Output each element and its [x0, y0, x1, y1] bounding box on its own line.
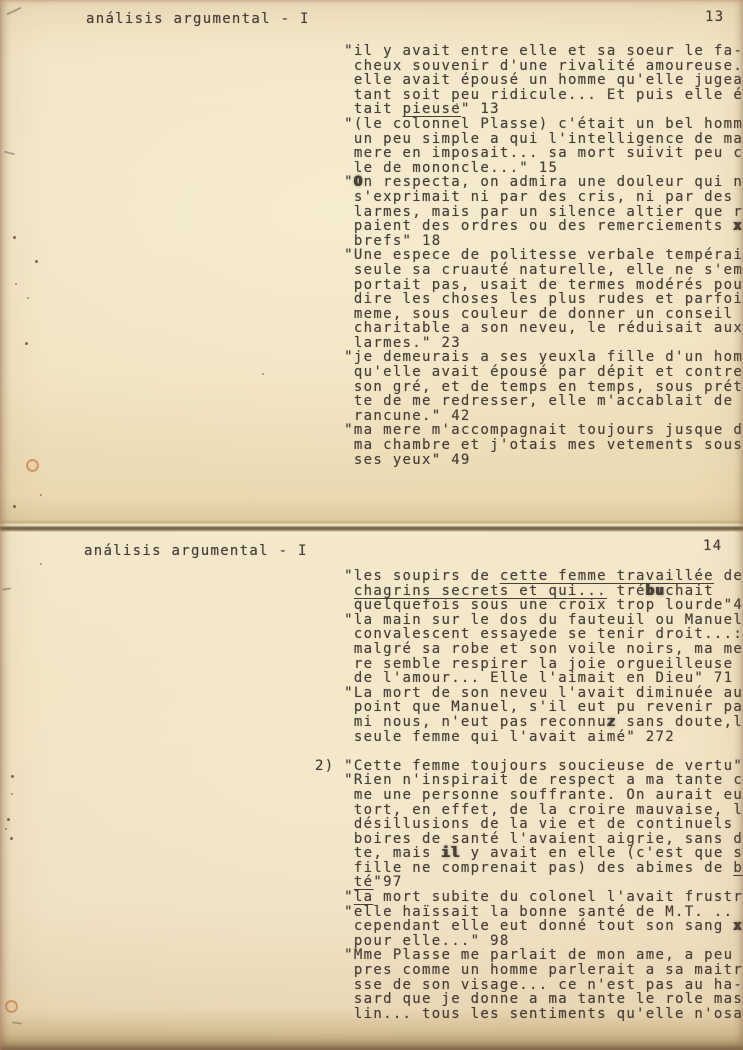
text-line: mere en imposait... sa mort suivit peu c… [315, 146, 743, 161]
paper-speck [15, 283, 17, 285]
scanned-document: análisis argumental - I 13 "il y avait e… [0, 0, 743, 1050]
text-line: larmes." 23 [315, 336, 743, 351]
page-body: "les soupirs de cette femme travaillée d… [315, 569, 743, 1021]
overstruck-text: z [607, 714, 617, 730]
text-line: pour elle..." 98 [315, 934, 743, 949]
text-line: malgré sa robe et son voile noirs, ma me… [315, 642, 743, 657]
page-13: análisis argumental - I 13 "il y avait e… [0, 0, 743, 527]
overstruck-text: x [733, 218, 743, 234]
text-line: quelquefois sous une croix trop lourde"4… [315, 598, 743, 613]
text-line: désillusions de la vie et de continuels … [315, 817, 743, 832]
punch-hole [5, 1000, 18, 1013]
text-line: paient des ordres ou des remerciements x [315, 219, 743, 234]
text-line: "il y avait entre elle et sa soeur le fa… [315, 44, 743, 59]
text-line: sse de son visage... ce n'est pas au ha- [315, 978, 743, 993]
text-line: "la main sur le dos du fauteuil ou Manue… [315, 613, 743, 628]
text-line [315, 744, 743, 759]
text-line: mi nous, n'eut pas reconnuz sans doute,l… [315, 715, 743, 730]
paper-speck [40, 563, 42, 565]
text-line: seule femme qui l'avait aimé" 272 [315, 730, 743, 745]
paper-speck [5, 828, 7, 830]
text-line: larmes, mais par un silence altier que r… [315, 205, 743, 220]
text-line: lin... tous les sentiments qu'elle n'osa… [315, 1007, 743, 1022]
paper-speck [35, 260, 38, 263]
text-line: "je demeurais a ses yeuxla fille d'un ho… [315, 350, 743, 365]
underlined-text: bon [733, 860, 743, 876]
text-line: "(le colonnel Plasse) c'était un bel hom… [315, 117, 743, 132]
text-line: cheux souvenir d'une rivalité amoureuse.… [315, 59, 743, 74]
text-line: "On respecta, on admira une douleur qui … [315, 175, 743, 190]
paper-speck [27, 297, 29, 299]
text-line: te, mais il y avait en elle (c'est que s… [315, 846, 743, 861]
text-line: dire les choses les plus rudes et parfoi… [315, 292, 743, 307]
page-14: análisis argumental - I 14 "les soupirs … [0, 534, 743, 1050]
paper-speck [13, 505, 16, 508]
text-line: cependant elle eut donné tout son sang x… [315, 919, 743, 934]
underlined-text: la [354, 889, 373, 905]
text-line: tant soit peu ridicule... Et puis elle é… [315, 88, 743, 103]
text-line: "La mort de son neveu l'avait diminuée a… [315, 686, 743, 701]
text-line: ses yeux" 49 [315, 453, 743, 468]
text-line: convalescent essayede se tenir droit...: [315, 627, 743, 642]
text-line: "ma mere m'accompagnait toujours jusque … [315, 423, 743, 438]
underlined-text: pieuse [403, 101, 461, 117]
text-line: "la mort subite du colonel l'avait frust… [315, 890, 743, 905]
paper-speck [11, 793, 13, 795]
text-line: ma chambre et j'otais mes vetements sous [315, 438, 743, 453]
underlined-text: chagrins secrets et qui... [354, 583, 607, 599]
text-line: "les soupirs de cette femme travaillée d… [315, 569, 743, 584]
text-line: qu'elle avait épousé par dépit et contre… [315, 365, 743, 380]
paper-speck [25, 342, 28, 345]
overstruck-text: il [441, 845, 460, 861]
text-line: rancune." 42 [315, 409, 743, 424]
underlined-text: cette femme travaillée [500, 568, 714, 584]
text-line: me une personne souffrante. On aurait eu [315, 788, 743, 803]
page-number: 13 [705, 9, 724, 25]
text-line: re semble respirer la joie orgueilleuse [315, 657, 743, 672]
overstruck-text: xxx [733, 918, 743, 934]
text-line: seule sa cruauté naturelle, elle ne s'em… [315, 263, 743, 278]
text-line: charitable a son neveu, le réduisait aux [315, 321, 743, 336]
page-number: 14 [703, 538, 722, 554]
text-line: pres comme un homme parlerait a sa maitr… [315, 963, 743, 978]
text-line: s'exprimait ni par des cris, ni par des [315, 190, 743, 205]
paper-speck [13, 236, 16, 239]
page-header-title: análisis argumental - I [86, 11, 310, 27]
paper-speck [456, 103, 458, 105]
text-line: tait pieuse" 13 [315, 102, 743, 117]
text-line: té"97 [315, 875, 743, 890]
page-header-title: análisis argumental - I [84, 543, 308, 559]
text-line: 2) "Cette femme toujours soucieuse de ve… [315, 759, 743, 774]
text-line: tort, en effet, de la croire mauvaise, l… [315, 803, 743, 818]
text-line: "Rien n'inspirait de respect a ma tante … [315, 773, 743, 788]
overstruck-text: O [354, 174, 364, 190]
text-line: de l'amour... Elle l'aimait en Dieu" 71 [315, 671, 743, 686]
punch-hole [26, 459, 39, 472]
text-line: elle avait épousé un homme qu'elle jugea… [315, 73, 743, 88]
overstruck-text: bu [646, 583, 665, 599]
text-line: son gré, et de temps en temps, sous prét… [315, 380, 743, 395]
paper-speck [7, 818, 10, 821]
paper-speck [10, 837, 13, 840]
text-line: te de me redresser, elle m'accablait de … [315, 394, 743, 409]
paper-speck [262, 373, 264, 375]
text-line: portait pas, usait de termes modérés pou… [315, 278, 743, 293]
page-body: "il y avait entre elle et sa soeur le fa… [315, 44, 743, 467]
paper-speck [40, 494, 42, 496]
text-line: "Une espece de politesse verbale tempéra… [315, 248, 743, 263]
text-line: sard que je donne a ma tante le role mas… [315, 992, 743, 1007]
text-line: chagrins secrets et qui... trébuchait [315, 584, 743, 599]
text-line: point que Manuel, s'il eut pu revenir pa… [315, 700, 743, 715]
paper-speck [11, 775, 14, 778]
text-line: "Mme Plasse me parlait de mon ame, a peu [315, 948, 743, 963]
text-line: un peu simple a qui l'intelligence de ma [315, 132, 743, 147]
